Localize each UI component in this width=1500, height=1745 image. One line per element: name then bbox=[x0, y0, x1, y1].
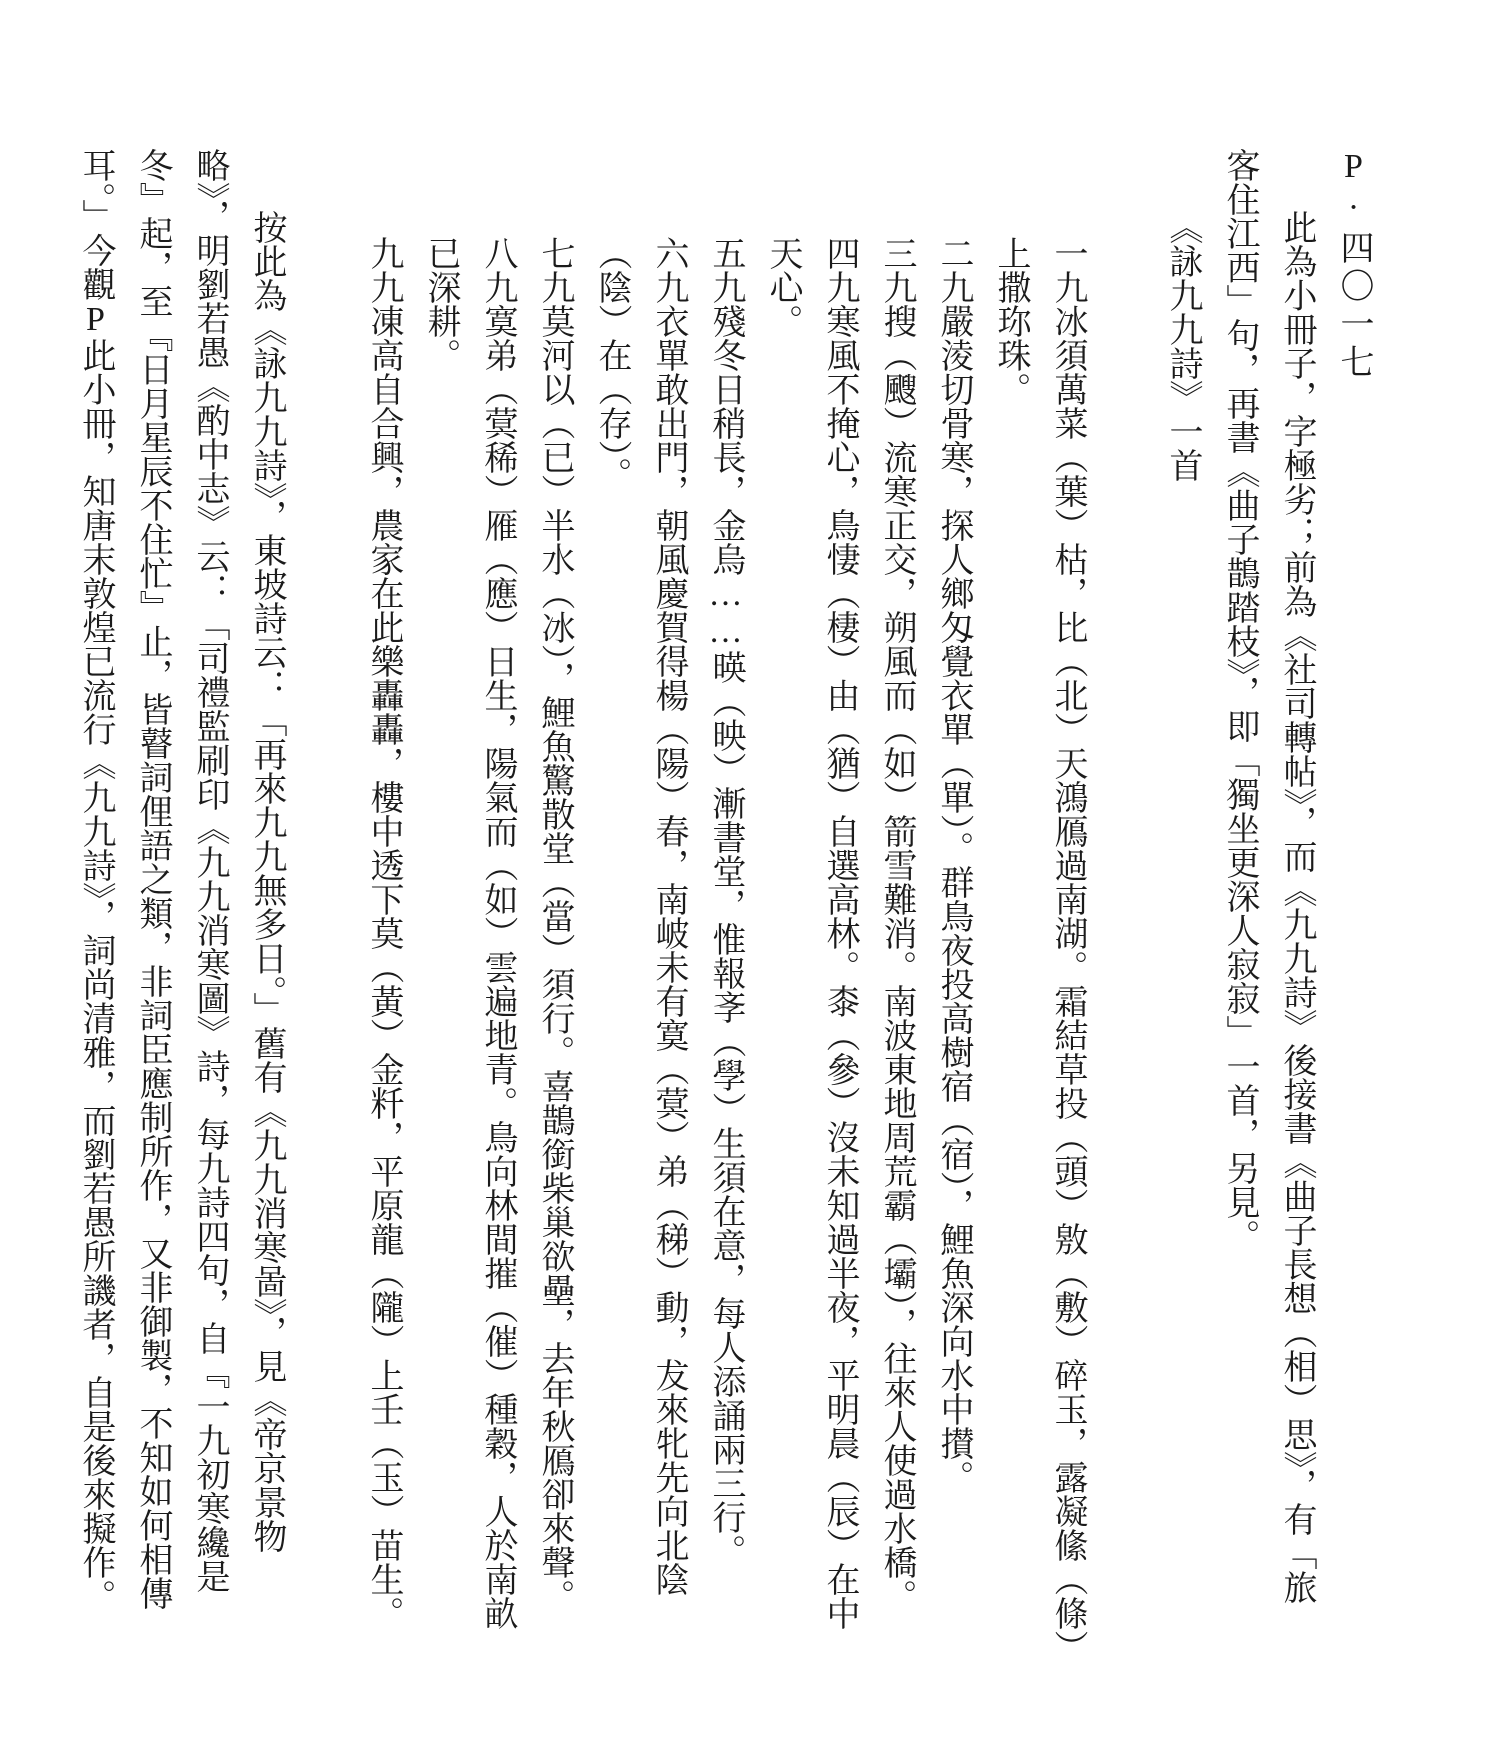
verse-3-column-1: 三九搜（颼）流寒正交，朔風而（如）箭雪難消。南波東地周荒霸（壩），往來人使過水橋… bbox=[868, 236, 925, 1548]
commentary-column-4: 耳。」今觀P此小冊，知唐末敦煌已流行《九九詩》，詞尚清雅，而劉若愚所譏者，自是後… bbox=[67, 148, 124, 1548]
verse-1-column-1: 一九冰須萬菜（葉）枯，比（北）天鴻鴈過南湖。霜結草投（頭）敫（敷）碎玉，露凝絛（… bbox=[1039, 236, 1096, 1548]
verse-6-column-2: （陰）在（存）。 bbox=[583, 236, 640, 1548]
commentary-column-1: 按此為《詠九九詩》，東坡詩云：「再來九九無多日。」舊有《九九消寒啚》，見《帝京景… bbox=[238, 148, 295, 1548]
intro-paragraph: 此為小冊子，字極劣；前為《社司轉帖》，而《九九詩》後接書《曲子長想（相）思》，有… bbox=[1211, 148, 1325, 1548]
intro-column-1: 此為小冊子，字極劣；前為《社司轉帖》，而《九九詩》後接書《曲子長想（相）思》，有… bbox=[1268, 148, 1325, 1548]
verse-2-column-1: 二九嚴淩切骨寒，探人鄉匁覺衣單（單）。群鳥夜投高樹宿（宿），鯉魚深向水中攅。 bbox=[925, 236, 982, 1548]
verse-2: 二九嚴淩切骨寒，探人鄉匁覺衣單（單）。群鳥夜投高樹宿（宿），鯉魚深向水中攅。 bbox=[925, 236, 982, 1548]
intro-column-2: 客住江西」句，再書《曲子鵲踏枝》，即「獨坐更深人寂寂」一首，另見。 bbox=[1211, 148, 1268, 1548]
scanned-book-page: { "page": { "header": "P·四〇一七", "intro":… bbox=[0, 0, 1500, 1745]
page-number-header: P·四〇一七 bbox=[1325, 148, 1382, 1548]
manuscript-description-page: P·四〇一七 此為小冊子，字極劣；前為《社司轉帖》，而《九九詩》後接書《曲子長想… bbox=[67, 148, 1382, 1548]
verse-4-column-1: 四九寒風不掩心，鳥悽（棲）由（猶）自選高林。桼（參）沒未知過半夜，平明晨（辰）在… bbox=[811, 236, 868, 1548]
verse-8-column-1: 八九寞弟（蓂稀）雁（應）日生，陽氣而（如）雲遍地青。鳥向林間摧（催）種穀，人於南… bbox=[469, 236, 526, 1548]
commentary-column-2: 略》，明劉若愚《酌中志》云：「司禮監刷印《九九消寒圖》詩，每九詩四句，自『一九初… bbox=[181, 148, 238, 1548]
verse-3: 三九搜（颼）流寒正交，朔風而（如）箭雪難消。南波東地周荒霸（壩），往來人使過水橋… bbox=[868, 236, 925, 1548]
verse-7-column-1: 七九莫河以（已）半水（冰），鯉魚驚散堂（當）須行。喜鵲銜柴巢欲壘，去年秋鴈卻來聲… bbox=[526, 236, 583, 1548]
verse-6: 六九衣單敢出門，朝風慶賀得楊（陽）春，南岥未有寞（蓂）弟（稊）動，犮來牝先向北陰… bbox=[583, 236, 697, 1548]
commentary-paragraph: 按此為《詠九九詩》，東坡詩云：「再來九九無多日。」舊有《九九消寒啚》，見《帝京景… bbox=[67, 148, 295, 1548]
verse-9: 九九凍高自合興，農家在此樂轟轟，樓中透下莫（黃）金粁，平原龍（隴）上壬（玉）苗生… bbox=[355, 236, 412, 1548]
verse-7: 七九莫河以（已）半水（冰），鯉魚驚散堂（當）須行。喜鵲銜柴巢欲壘，去年秋鴈卻來聲… bbox=[526, 236, 583, 1548]
commentary-column-3: 冬』起，至『日月星辰不住忙』止，皆瞽詞俚語之類，非詞臣應制所作，又非御製，不知如… bbox=[124, 148, 181, 1548]
verse-1-column-2: 上撒珎珠。 bbox=[982, 236, 1039, 1548]
poem-body: 一九冰須萬菜（葉）枯，比（北）天鴻鴈過南湖。霜結草投（頭）敫（敷）碎玉，露凝絛（… bbox=[355, 148, 1096, 1548]
verse-9-column-1: 九九凍高自合興，農家在此樂轟轟，樓中透下莫（黃）金粁，平原龍（隴）上壬（玉）苗生… bbox=[355, 236, 412, 1548]
verse-4-column-2: 天心。 bbox=[754, 236, 811, 1548]
poem-title: 《詠九九詩》一首 bbox=[1154, 148, 1211, 1548]
verse-5-column-1: 五九殘冬日稍長，金烏……暎（映）漸書堂，惟報斈（學）生須在意，每人添誦兩三行。 bbox=[697, 236, 754, 1548]
verse-6-column-1: 六九衣單敢出門，朝風慶賀得楊（陽）春，南岥未有寞（蓂）弟（稊）動，犮來牝先向北陰 bbox=[640, 236, 697, 1548]
verse-8-column-2: 已深耕。 bbox=[412, 236, 469, 1548]
verse-4: 四九寒風不掩心，鳥悽（棲）由（猶）自選高林。桼（參）沒未知過半夜，平明晨（辰）在… bbox=[754, 236, 868, 1548]
verse-1: 一九冰須萬菜（葉）枯，比（北）天鴻鴈過南湖。霜結草投（頭）敫（敷）碎玉，露凝絛（… bbox=[982, 236, 1096, 1548]
verse-5: 五九殘冬日稍長，金烏……暎（映）漸書堂，惟報斈（學）生須在意，每人添誦兩三行。 bbox=[697, 236, 754, 1548]
verse-8: 八九寞弟（蓂稀）雁（應）日生，陽氣而（如）雲遍地青。鳥向林間摧（催）種穀，人於南… bbox=[412, 236, 526, 1548]
